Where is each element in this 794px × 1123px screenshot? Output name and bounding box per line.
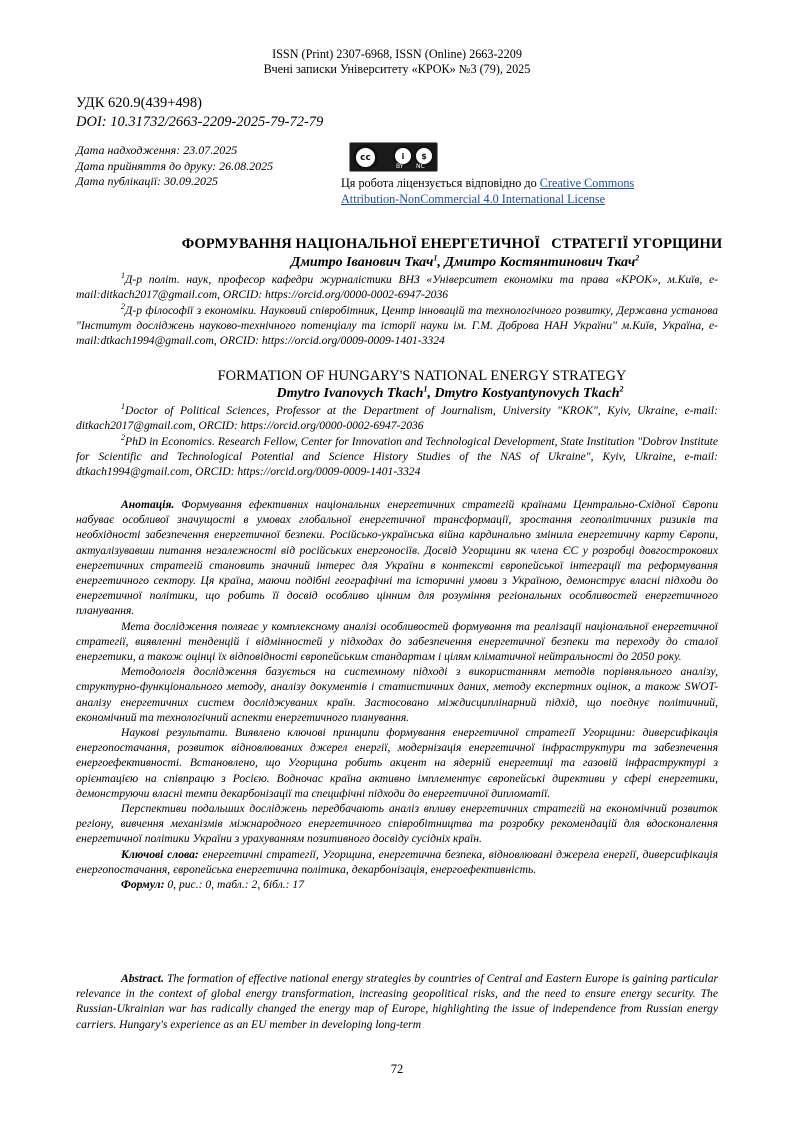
abstract-text-1: The formation of effective national ener…: [76, 972, 718, 1031]
license-link-continued[interactable]: Attribution-NonCommercial 4.0 Internatio…: [341, 192, 605, 206]
formulas-label: Формул:: [121, 878, 164, 891]
issn-line: ISSN (Print) 2307-6968, ISSN (Online) 26…: [0, 47, 794, 62]
affiliation-1-en-text: Doctor of Political Sciences, Professor …: [76, 404, 718, 432]
doi-label: DOI:: [76, 114, 107, 130]
doi-value: 10.31732/2663-2209-2025-79-72-79: [107, 114, 324, 130]
page-number: 72: [0, 1062, 794, 1077]
cc-license-badge[interactable]: cc i $ BY NC: [349, 142, 438, 172]
license-text: Ця робота ліцензується відповідно до Cre…: [341, 176, 634, 207]
abstract-paragraph-1: Abstract. The formation of effective nat…: [76, 971, 718, 1032]
affiliations-ukrainian: 1Д-р політ. наук, професор кафедри журна…: [76, 272, 718, 348]
title-ukrainian: ФОРМУВАННЯ НАЦІОНАЛЬНОЇ ЕНЕРГЕТИЧНОЇ СТР…: [0, 236, 794, 253]
annotation-paragraph-3: Методологія дослідження базується на сис…: [76, 664, 718, 725]
doi[interactable]: DOI: 10.31732/2663-2209-2025-79-72-79: [76, 113, 323, 132]
title-english: FORMATION OF HUNGARY'S NATIONAL ENERGY S…: [0, 368, 794, 385]
authors-english: Dmytro Ivanovych Tkach1, Dmytro Kostyant…: [70, 386, 760, 402]
authors-ukrainian: Дмитро Іванович Ткач1, Дмитро Костянтино…: [70, 255, 760, 271]
affiliations-english: 1Doctor of Political Sciences, Professor…: [76, 403, 718, 479]
running-header: ISSN (Print) 2307-6968, ISSN (Online) 26…: [0, 47, 794, 77]
affiliation-1: 1Д-р політ. наук, професор кафедри журна…: [76, 272, 718, 303]
formulas-count: Формул: 0, рис.: 0, табл.: 2, бібл.: 17: [76, 877, 718, 892]
affiliation-2-en: 2PhD in Economics. Research Fellow, Cent…: [76, 434, 718, 480]
author-1-en: Dmytro Ivanovych Tkach: [276, 386, 423, 401]
dates-block: Дата надходження: 23.07.2025 Дата прийня…: [76, 143, 273, 190]
author-2-sup: 2: [635, 253, 639, 262]
udk-code: УДК 620.9(439+498): [76, 94, 323, 113]
author-2-en-sup: 2: [620, 384, 624, 393]
date-received: Дата надходження: 23.07.2025: [76, 143, 273, 159]
affiliation-1-text: Д-р політ. наук, професор кафедри журнал…: [76, 273, 718, 301]
license-link[interactable]: Creative Commons: [540, 176, 634, 190]
license-link-line1: Creative Commons: [540, 176, 634, 190]
date-accepted: Дата прийняття до друку: 26.08.2025: [76, 159, 273, 175]
udk-block: УДК 620.9(439+498) DOI: 10.31732/2663-22…: [76, 94, 323, 132]
journal-line: Вчені записки Університету «КРОК» №3 (79…: [0, 62, 794, 77]
cc-logo-icon: cc: [353, 145, 378, 170]
license-intro: Ця робота ліцензується відповідно до: [341, 176, 540, 190]
author-1: Дмитро Іванович Ткач: [291, 255, 434, 270]
annotation-label: Анотація.: [121, 498, 174, 511]
keywords: Ключові слова: енергетичні стратегії, Уг…: [76, 847, 718, 877]
journal-page: ISSN (Print) 2307-6968, ISSN (Online) 26…: [0, 0, 794, 1123]
author-2-en: Dmytro Kostyantynovych Tkach: [434, 386, 619, 401]
formulas-text: 0, рис.: 0, табл.: 2, бібл.: 17: [164, 878, 304, 891]
annotation-paragraph-1: Анотація. Формування ефективних націонал…: [76, 497, 718, 619]
keywords-label: Ключові слова:: [121, 848, 199, 861]
affiliation-2: 2Д-р філософії з економіки. Науковий спі…: [76, 303, 718, 349]
annotation-paragraph-4: Наукові результати. Виявлено ключові при…: [76, 725, 718, 801]
author-2: Дмитро Костянтинович Ткач: [444, 255, 635, 270]
affiliation-2-en-text: PhD in Economics. Research Fellow, Cente…: [76, 435, 718, 479]
annotation-text-1: Формування ефективних національних енерг…: [76, 498, 718, 617]
license-link-line2: Attribution-NonCommercial 4.0 Internatio…: [341, 192, 605, 206]
abstract-english: Abstract. The formation of effective nat…: [76, 971, 718, 1032]
annotation-paragraph-5: Перспективи подальших досліджень передба…: [76, 801, 718, 847]
affiliation-1-en: 1Doctor of Political Sciences, Professor…: [76, 403, 718, 434]
by-label: BY: [396, 163, 403, 170]
affiliation-2-text: Д-р філософії з економіки. Науковий спів…: [76, 304, 718, 348]
date-published: Дата публікації: 30.09.2025: [76, 174, 273, 190]
abstract-label: Abstract.: [121, 972, 164, 985]
annotation-ukrainian: Анотація. Формування ефективних націонал…: [76, 497, 718, 892]
annotation-paragraph-2: Мета дослідження полягає у комплексному …: [76, 619, 718, 665]
nc-label: NC: [416, 163, 425, 170]
